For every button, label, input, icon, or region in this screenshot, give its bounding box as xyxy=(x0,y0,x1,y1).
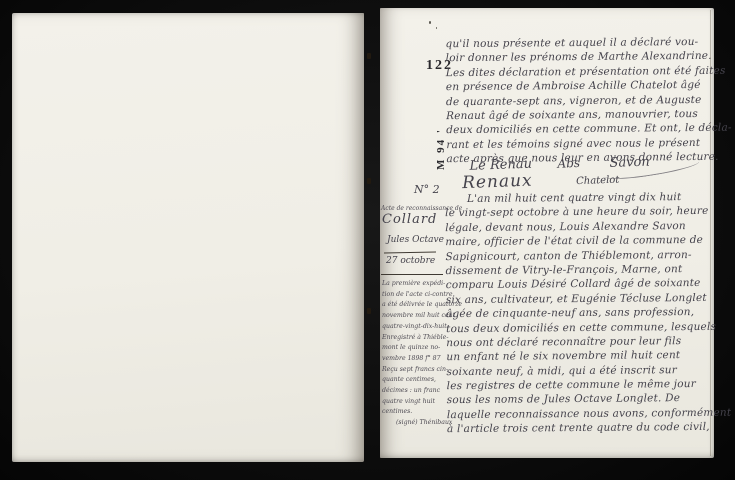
margin-rule xyxy=(384,252,436,254)
left-page xyxy=(12,13,364,462)
margin-rule xyxy=(381,274,443,275)
ink-speck xyxy=(429,21,431,24)
margin-surname: Collard xyxy=(382,212,437,227)
act-continuation-text: qu'il nous présente et auquel il a décla… xyxy=(445,35,712,167)
margin-given-names: Jules Octave xyxy=(387,235,444,245)
act-2-text: L'an mil huit cent quatre vingt dix huit… xyxy=(445,190,713,437)
margin-act-date: 27 octobre xyxy=(386,256,435,266)
manuscript-line: à l'article trois cent trente quatre du … xyxy=(447,420,713,437)
binding-stitch xyxy=(367,308,371,314)
binding-stitch xyxy=(367,178,371,184)
right-page: 122 M 94 ' N° 2 Acte de reconnaissance d… xyxy=(380,8,714,458)
signature: Abs xyxy=(557,156,580,171)
document-scan: 122 M 94 ' N° 2 Acte de reconnaissance d… xyxy=(0,0,735,480)
margin-act-number: N° 2 xyxy=(414,183,440,196)
signature: Renaux xyxy=(462,171,533,193)
ink-speck xyxy=(436,27,437,29)
binding-stitch xyxy=(367,53,371,59)
manuscript-line: âgée de cinquante-neuf ans, sans profess… xyxy=(446,305,712,322)
signature: Chatelot xyxy=(576,175,620,188)
